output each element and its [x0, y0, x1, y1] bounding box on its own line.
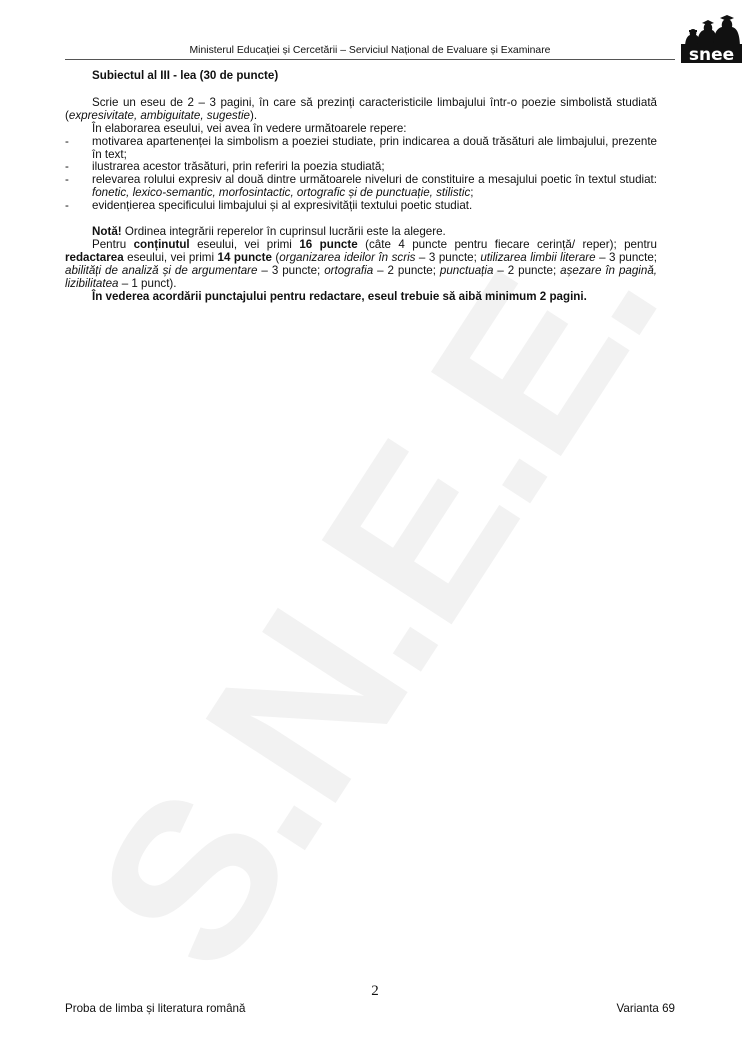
page-header: Ministerul Educației și Cercetării – Ser… [65, 45, 675, 60]
exam-content: Subiectul al III - lea (30 de puncte) Sc… [65, 70, 657, 304]
watermark: S.N.E.E. [45, 188, 706, 1012]
page-requirement: În vederea acordării punctajului pentru … [65, 291, 657, 304]
svg-text:snee: snee [689, 45, 734, 64]
guideline-item: -motivarea apartenenței la simbolism a p… [65, 136, 657, 162]
guideline-item: -evidențierea specificului limbajului și… [65, 200, 657, 213]
subject-title: Subiectul al III - lea (30 de puncte) [92, 70, 657, 83]
footer-variant: Varianta 69 [617, 1002, 675, 1015]
guideline-item: -relevarea rolului expresiv al două dint… [65, 174, 657, 200]
scoring-details: Pentru conținutul eseului, vei primi 16 … [65, 239, 657, 291]
essay-prompt: Scrie un eseu de 2 – 3 pagini, în care s… [65, 97, 657, 123]
footer-exam-name: Proba de limba și literatura română [65, 1002, 245, 1015]
guidelines-list: -motivarea apartenenței la simbolism a p… [65, 136, 657, 213]
snee-logo: snee [677, 14, 743, 64]
page-number: 2 [0, 983, 750, 1000]
graduates-silhouette-logo-icon: snee [677, 14, 743, 64]
